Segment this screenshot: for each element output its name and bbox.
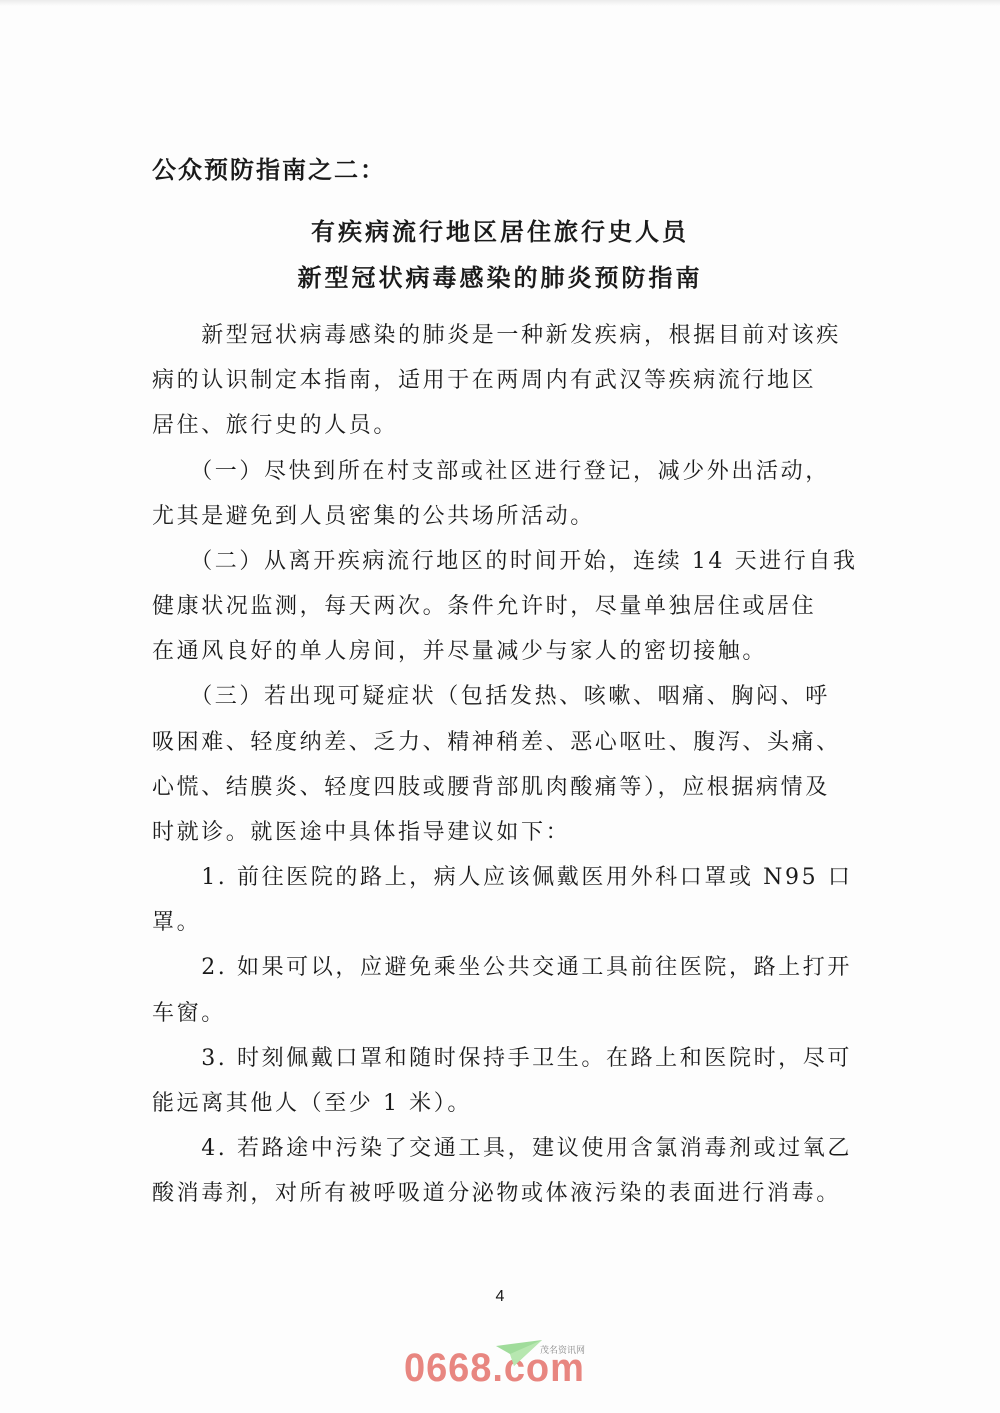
document-title-line-1: 有疾病流行地区居住旅行史人员 <box>0 212 1000 247</box>
body-line: （三）若出现可疑症状（包括发热、咳嗽、咽痛、胸闷、呼 <box>152 679 830 710</box>
document-title-line-2: 新型冠状病毒感染的肺炎预防指南 <box>0 258 1000 293</box>
body-line: 能远离其他人（至少 1 米）。 <box>152 1086 472 1117</box>
site-watermark: 0668.com 茂名资讯网 <box>404 1340 604 1400</box>
body-line: 1. 前往医院的路上，病人应该佩戴医用外科口罩或 N95 口 <box>152 860 852 891</box>
body-line: 新型冠状病毒感染的肺炎是一种新发疾病，根据目前对该疾 <box>152 318 841 349</box>
body-line: 心慌、结膜炎、轻度四肢或腰背部肌肉酸痛等），应根据病情及 <box>152 770 830 801</box>
body-line: 在通风良好的单人房间，并尽量减少与家人的密切接触。 <box>152 634 767 665</box>
body-line: 2. 如果可以，应避免乘坐公共交通工具前往医院，路上打开 <box>152 950 852 981</box>
body-line: （一）尽快到所在村支部或社区进行登记，减少外出活动， <box>152 454 830 485</box>
body-line: 病的认识制定本指南，适用于在两周内有武汉等疾病流行地区 <box>152 363 816 394</box>
watermark-site-name: 茂名资讯网 <box>540 1343 585 1356</box>
body-line: 健康状况监测，每天两次。条件允许时，尽量单独居住或居住 <box>152 589 816 620</box>
body-line: 酸消毒剂，对所有被呼吸道分泌物或体液污染的表面进行消毒。 <box>152 1176 841 1207</box>
body-line: 居住、旅行史的人员。 <box>152 408 398 439</box>
paper-plane-icon <box>496 1340 544 1372</box>
body-line: 3. 时刻佩戴口罩和随时保持手卫生。在路上和医院时，尽可 <box>152 1041 852 1072</box>
body-line: （二）从离开疾病流行地区的时间开始，连续 14 天进行自我 <box>152 544 858 575</box>
document-page: 公众预防指南之二： 有疾病流行地区居住旅行史人员 新型冠状病毒感染的肺炎预防指南… <box>0 0 1000 1413</box>
page-number: 4 <box>0 1288 1000 1306</box>
body-line: 尤其是避免到人员密集的公共场所活动。 <box>152 499 595 530</box>
body-line: 4. 若路途中污染了交通工具，建议使用含氯消毒剂或过氧乙 <box>152 1131 852 1162</box>
section-label: 公众预防指南之二： <box>152 150 386 185</box>
body-line: 车窗。 <box>152 996 226 1027</box>
body-line: 罩。 <box>152 905 201 936</box>
body-line: 时就诊。就医途中具体指导建议如下： <box>152 815 570 846</box>
body-line: 吸困难、轻度纳差、乏力、精神稍差、恶心呕吐、腹泻、头痛、 <box>152 725 841 756</box>
